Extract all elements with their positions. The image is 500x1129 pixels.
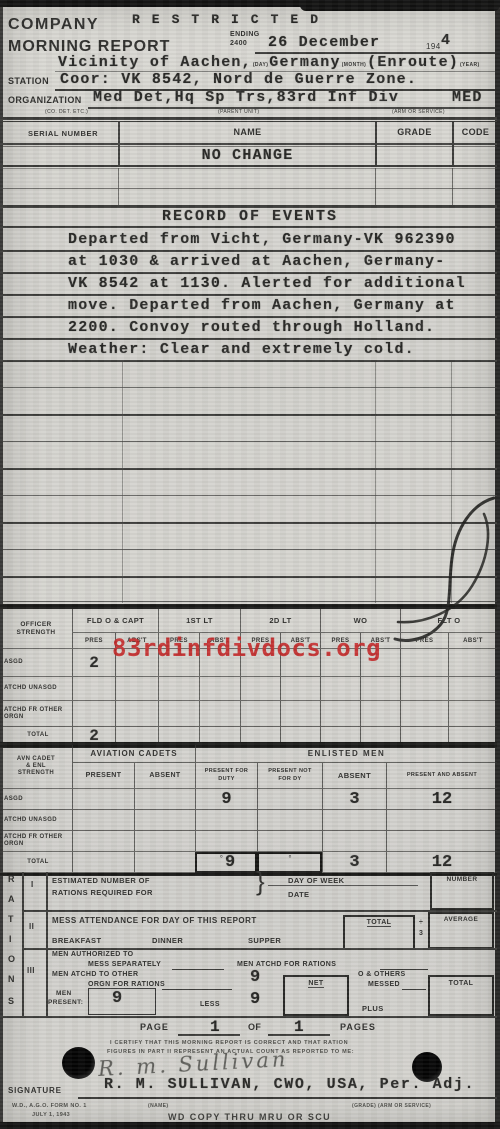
cell xyxy=(72,852,134,873)
cell xyxy=(199,701,240,727)
caption-unit: (CO. DET. ETC.) xyxy=(45,109,88,115)
group-aviation-cadets: AVIATION CADETS xyxy=(72,745,195,763)
cell xyxy=(134,852,195,873)
total-box-label: TOTAL xyxy=(367,919,392,927)
o-and-others-line1: O & OTHERS xyxy=(358,971,406,978)
cell xyxy=(72,677,115,701)
cell xyxy=(240,677,280,701)
men-label: MEN xyxy=(56,990,72,997)
section-ii-numeral: II xyxy=(29,922,34,931)
cell xyxy=(72,831,134,852)
cell: 3 xyxy=(322,789,386,810)
cell xyxy=(72,701,115,727)
col-serial-number: SERIAL NUMBER xyxy=(28,129,98,138)
name-caption: (NAME) xyxy=(148,1103,168,1109)
cell xyxy=(280,677,320,701)
men-present-value: 9 xyxy=(112,989,122,1008)
rule xyxy=(0,250,497,252)
ditto-mark: ° xyxy=(220,854,223,863)
sublabel-month: (MONTH) xyxy=(342,62,366,68)
rule xyxy=(0,272,497,274)
cell xyxy=(195,831,257,852)
cell xyxy=(134,789,195,810)
rule xyxy=(0,188,497,189)
total-box-rations: TOTAL xyxy=(428,975,494,1016)
cell xyxy=(360,701,400,727)
of-label: OF xyxy=(248,1022,261,1032)
pages-label: PAGES xyxy=(340,1022,376,1032)
cell xyxy=(448,677,497,701)
cell xyxy=(72,789,134,810)
total-box-label: TOTAL xyxy=(449,980,474,987)
rule xyxy=(0,316,497,318)
ending-time: 2400 xyxy=(230,40,247,47)
rations-letter: A xyxy=(8,894,15,904)
day-of-week-label: DAY OF WEEK xyxy=(288,876,345,885)
men-authorized-line2: MESS SEPARATELY xyxy=(88,961,161,968)
col-present-for-duty: PRESENT FOR DUTY xyxy=(195,763,257,789)
cell xyxy=(199,677,240,701)
net-box-label: NET xyxy=(308,980,323,988)
rule xyxy=(0,165,497,167)
blank-line xyxy=(268,885,418,886)
signature-rule xyxy=(78,1097,497,1099)
date-label: DATE xyxy=(288,890,309,899)
cell: 12 xyxy=(386,852,497,873)
morning-report-document: COMPANY RESTRICTED MORNING REPORT ENDING… xyxy=(0,0,500,1129)
sublabel-year: (YEAR) xyxy=(460,62,480,68)
station-label: STATION xyxy=(8,76,49,86)
enlisted-strength-table: AVN CADET & ENL STRENGTH AVIATION CADETS… xyxy=(0,742,497,876)
section-rule xyxy=(22,948,497,950)
location-line: Vicinity of Aachen, (DAY) Germany (MONTH… xyxy=(58,54,481,71)
cell xyxy=(322,810,386,831)
group-fldo-capt: FLD O & CAPT xyxy=(72,609,158,633)
number-box-label: NUMBER xyxy=(447,876,478,883)
rations-letter: T xyxy=(8,914,14,924)
cell xyxy=(158,677,199,701)
rule xyxy=(0,387,497,388)
sublabel-day: (DAY) xyxy=(253,62,268,68)
cell xyxy=(257,831,322,852)
col-divider xyxy=(122,361,123,603)
location-part3: (Enroute) xyxy=(367,54,459,71)
cell xyxy=(400,701,448,727)
grade-arm-caption: (GRADE) (ARM OR SERVICE) xyxy=(352,1103,431,1109)
page-number: 1 xyxy=(210,1018,220,1036)
average-box: AVERAGE xyxy=(428,912,494,949)
cell-boxed: ° xyxy=(257,852,322,873)
rations-letter: O xyxy=(8,954,15,964)
rations-divider xyxy=(46,872,48,1016)
rule xyxy=(0,168,497,169)
brace: } xyxy=(256,866,265,897)
total-box-mess: TOTAL xyxy=(343,915,415,950)
rule xyxy=(0,468,497,470)
net-box: NET xyxy=(283,975,349,1016)
blank-line xyxy=(402,989,426,990)
event-line: VK 8542 at 1130. Alerted for additional xyxy=(68,275,466,292)
rule xyxy=(0,121,497,122)
cell xyxy=(386,831,497,852)
officer-title-line2: STRENGTH xyxy=(17,629,56,637)
officer-table-title: OFFICER STRENGTH xyxy=(0,609,72,649)
caption-parent-unit: (PARENT UNIT) xyxy=(218,109,259,115)
cell xyxy=(240,701,280,727)
men-atchd-other-line1: MEN ATCHD TO OTHER xyxy=(52,971,138,978)
rule xyxy=(0,226,497,228)
year-printed: 194 xyxy=(426,42,441,51)
col-name: NAME xyxy=(120,127,375,137)
cell xyxy=(320,677,360,701)
cell xyxy=(72,810,134,831)
cell xyxy=(448,649,497,677)
cell xyxy=(400,649,448,677)
organization-label: ORGANIZATION xyxy=(8,95,82,105)
group-flt-o: FLT O xyxy=(400,609,497,633)
col-divider xyxy=(118,168,119,206)
pages-total: 1 xyxy=(294,1018,304,1036)
rations-letter: S xyxy=(8,996,14,1006)
col-present: PRESENT xyxy=(72,763,134,789)
cell xyxy=(386,810,497,831)
rations-letter: I xyxy=(9,934,12,944)
rule xyxy=(0,414,497,416)
cell: 9 xyxy=(195,789,257,810)
cell: 3 xyxy=(322,852,386,873)
group-wo: WO xyxy=(320,609,400,633)
scan-edge-bottom xyxy=(0,1122,500,1129)
plus-label: PLUS xyxy=(362,1004,384,1013)
event-line: Departed from Vicht, Germany-VK 962390 xyxy=(68,231,456,248)
year-typed: 4 xyxy=(441,32,451,49)
cell xyxy=(448,701,497,727)
row-label-asgd: ASGD xyxy=(0,789,72,810)
blank-line xyxy=(178,1034,240,1036)
classification-stamp: RESTRICTED xyxy=(132,12,330,27)
location-part2: Germany xyxy=(269,54,340,71)
cell xyxy=(257,789,322,810)
organization-value: Med Det,Hq Sp Trs,83rd Inf Div xyxy=(93,89,399,106)
cell: 2 xyxy=(72,649,115,677)
event-line: Weather: Clear and extremely cold. xyxy=(68,341,415,358)
men-atchd-other-line2: ORGN FOR RATIONS xyxy=(88,981,165,988)
ending-label: ENDING xyxy=(230,31,260,38)
rule-heavy xyxy=(0,1016,497,1018)
row-label-atchd-fr-other: ATCHD FR OTHER ORGN xyxy=(0,701,72,727)
atchd-rations-value: 9 xyxy=(250,968,260,987)
col-absent-enlisted: ABSENT xyxy=(322,763,386,789)
page-label: PAGE xyxy=(140,1022,169,1032)
cell-value: 9 xyxy=(225,853,235,872)
ditto-mark: ° xyxy=(288,854,291,863)
men-atchd-for-rations: MEN ATCHD FOR RATIONS xyxy=(237,961,336,968)
breakfast-label: BREAKFAST xyxy=(52,936,101,945)
date-value: 26 December xyxy=(268,34,380,51)
organization-arm: MED xyxy=(452,89,483,106)
wd-copy-stamp: WD COPY THRU MRU OR SCU xyxy=(168,1112,331,1122)
col-code: CODE xyxy=(454,127,497,137)
section-iii-numeral: III xyxy=(27,966,35,975)
supper-label: SUPPER xyxy=(248,936,281,945)
col-divider xyxy=(375,361,376,603)
cell xyxy=(115,701,158,727)
estimated-number-line1: ESTIMATED NUMBER OF xyxy=(52,876,150,885)
number-box: NUMBER xyxy=(430,872,494,910)
enlisted-title-line1: AVN CADET xyxy=(17,756,55,763)
enlisted-title-line2: & ENL xyxy=(26,763,46,770)
sub-abst: ABS'T xyxy=(448,633,497,649)
location-part1: Vicinity of Aachen, xyxy=(58,54,252,71)
section-rule xyxy=(22,910,497,912)
cell: 12 xyxy=(386,789,497,810)
divide-sign: ÷ xyxy=(419,919,423,926)
rule xyxy=(0,117,497,120)
rations-divider xyxy=(22,872,24,1016)
present-label: PRESENT: xyxy=(48,999,83,1006)
typed-signature: R. M. SULLIVAN, CWO, USA, Per. Adj. xyxy=(104,1076,475,1093)
group-1st-lt: 1ST LT xyxy=(158,609,240,633)
record-of-events-title: RECORD OF EVENTS xyxy=(162,208,338,225)
rations-letter: R xyxy=(8,874,15,884)
form-title-line1: COMPANY xyxy=(8,16,99,34)
row-label-asgd: ASGD xyxy=(0,649,72,677)
cell xyxy=(115,677,158,701)
row-label-total: TOTAL xyxy=(0,852,72,873)
station-value: Coor: VK 8542, Nord de Guerre Zone. xyxy=(60,71,417,88)
col-absent: ABSENT xyxy=(134,763,195,789)
blank-line xyxy=(380,969,428,970)
row-label-atchd-unasgd: ATCHD UNASGD xyxy=(0,677,72,701)
average-box-label: AVERAGE xyxy=(444,916,478,923)
section-i-numeral: I xyxy=(31,880,34,889)
cell xyxy=(134,810,195,831)
less-value: 9 xyxy=(250,990,260,1009)
cell xyxy=(158,701,199,727)
roster-entry: NO CHANGE xyxy=(120,147,375,164)
sub-pres: PRES xyxy=(72,633,115,649)
rule xyxy=(0,338,497,340)
officer-title-line1: OFFICER xyxy=(20,621,51,629)
dinner-label: DINNER xyxy=(152,936,183,945)
rule xyxy=(0,143,497,145)
signature-label: SIGNATURE xyxy=(8,1086,62,1095)
col-grade: GRADE xyxy=(377,127,452,137)
cell xyxy=(280,701,320,727)
men-authorized-line1: MEN AUTHORIZED TO xyxy=(52,951,133,958)
form-date: JULY 1, 1943 xyxy=(32,1112,70,1118)
blank-line xyxy=(172,969,224,970)
rations-letter: N xyxy=(8,974,15,984)
cell xyxy=(322,831,386,852)
estimated-number-line2: RATIONS REQUIRED FOR xyxy=(52,888,153,897)
o-and-others-line2: MESSED xyxy=(368,981,400,988)
col-divider xyxy=(452,168,453,206)
col-present-not-for-dy: PRESENT NOT FOR DY xyxy=(257,763,322,789)
rule xyxy=(0,441,497,442)
less-label: LESS xyxy=(200,1001,220,1008)
event-line: at 1030 & arrived at Aachen, Germany- xyxy=(68,253,445,270)
enlisted-title-line3: STRENGTH xyxy=(18,770,54,777)
row-label-atchd-fr-other: ATCHD FR OTHER ORGN xyxy=(0,831,72,852)
col-divider xyxy=(375,168,376,206)
cell xyxy=(257,810,322,831)
row-label-atchd-unasgd: ATCHD UNASGD xyxy=(0,810,72,831)
scan-edge-top-blob xyxy=(300,0,500,11)
blank-line xyxy=(162,989,232,990)
col-present-and-absent: PRESENT AND ABSENT xyxy=(386,763,497,789)
cell xyxy=(400,677,448,701)
caption-arm-service: (ARM OR SERVICE) xyxy=(392,109,445,115)
event-line: 2200. Convoy routed through Holland. xyxy=(68,319,435,336)
cell xyxy=(360,677,400,701)
group-2d-lt: 2D LT xyxy=(240,609,320,633)
officer-strength-table: OFFICER STRENGTH FLD O & CAPT 1ST LT 2D … xyxy=(0,606,497,748)
certify-line1: I CERTIFY THAT THIS MORNING REPORT IS CO… xyxy=(110,1040,348,1046)
divide-by-three: 3 xyxy=(419,930,423,937)
rule xyxy=(0,294,497,296)
rule xyxy=(0,360,497,362)
sub-pres: PRES xyxy=(400,633,448,649)
cell xyxy=(134,831,195,852)
mess-attendance-title: MESS ATTENDANCE FOR DAY OF THIS REPORT xyxy=(52,916,257,925)
scan-edge-left xyxy=(0,0,3,1129)
cell-boxed: ° 9 xyxy=(195,852,257,873)
enlisted-table-title: AVN CADET & ENL STRENGTH xyxy=(0,745,72,789)
cell xyxy=(195,810,257,831)
cell xyxy=(320,701,360,727)
watermark: 83rdinfdivdocs.org xyxy=(112,634,381,662)
group-enlisted-men: ENLISTED MEN xyxy=(195,745,497,763)
event-line: move. Departed from Aachen, Germany at xyxy=(68,297,456,314)
form-number: W.D., A.G.O. FORM NO. 1 xyxy=(12,1103,87,1109)
punch-hole-left xyxy=(62,1047,95,1079)
